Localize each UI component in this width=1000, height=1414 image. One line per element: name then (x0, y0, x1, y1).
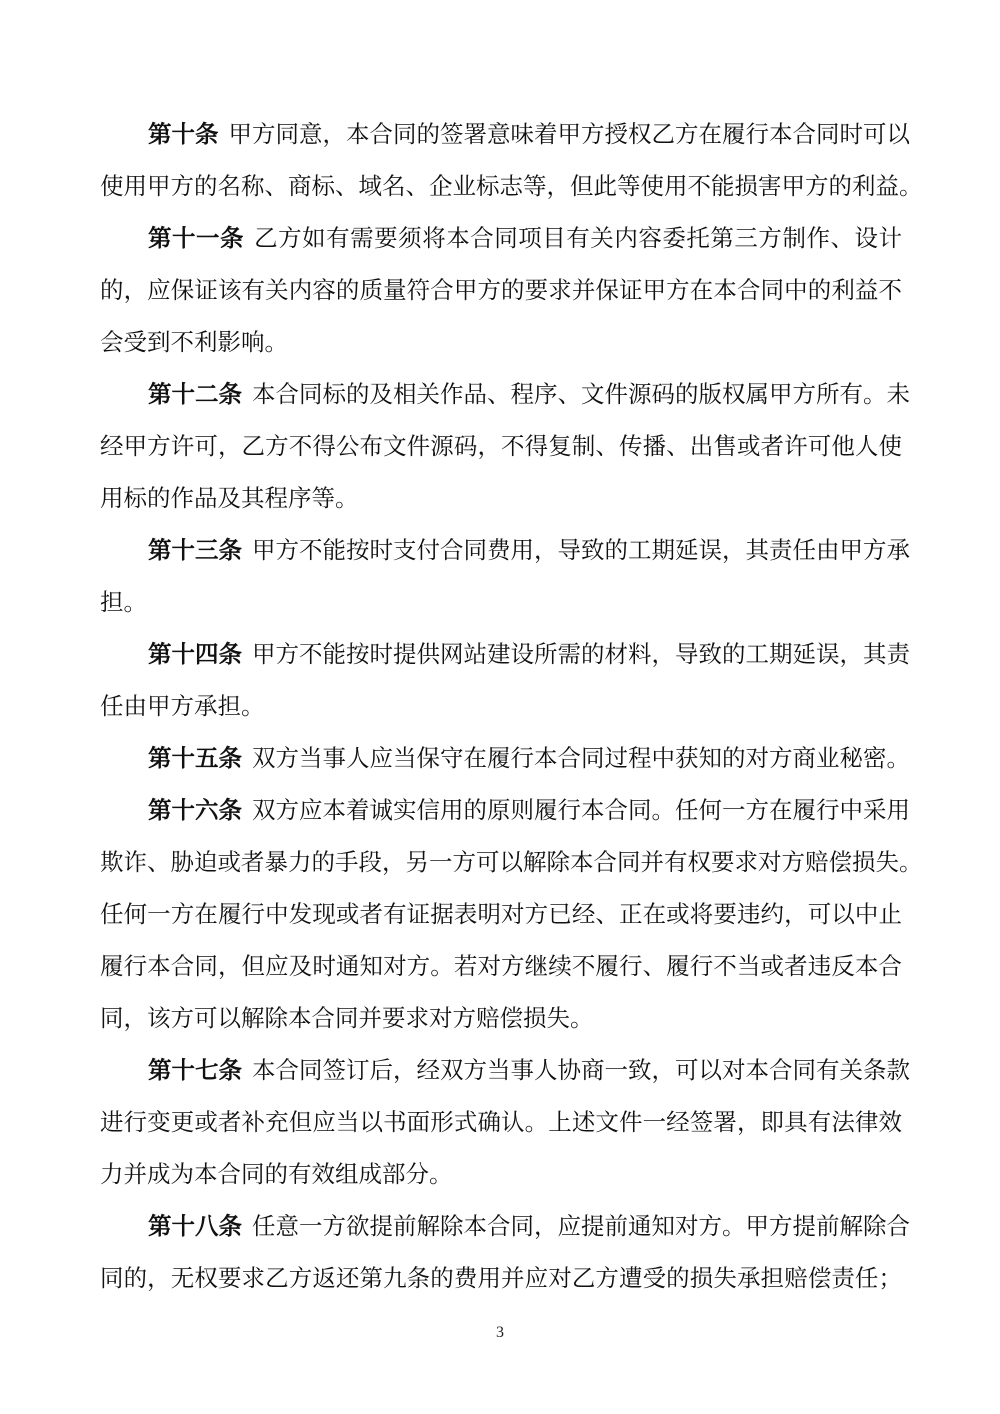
article-13: 第十三条甲方不能按时支付合同费用，导致的工期延误，其责任由甲方承 担。 (100, 528, 902, 632)
article-text: 用标的作品及其程序等。 (100, 484, 359, 512)
page-number: 3 (0, 1324, 1000, 1342)
article-line: 第十五条双方当事人应当保守在履行本合同过程中获知的对方商业秘密。 (100, 736, 902, 788)
article-heading: 第十八条 (148, 1212, 242, 1240)
article-text: 双方应本着诚实信用的原则履行本合同。任何一方在履行中采用 (252, 796, 910, 824)
article-heading: 第十六条 (148, 796, 242, 824)
article-line: 第十条甲方同意，本合同的签署意味着甲方授权乙方在履行本合同时可以 (100, 112, 902, 164)
article-text: 本合同签订后，经双方当事人协商一致，可以对本合同有关条款 (252, 1056, 910, 1084)
article-line: 会受到不利影响。 (100, 320, 902, 372)
document-body: 第十条甲方同意，本合同的签署意味着甲方授权乙方在履行本合同时可以 使用甲方的名称… (100, 112, 902, 1308)
article-line: 使用甲方的名称、商标、域名、企业标志等，但此等使用不能损害甲方的利益。 (100, 164, 902, 216)
article-heading: 第十条 (148, 120, 219, 148)
article-14: 第十四条甲方不能按时提供网站建设所需的材料，导致的工期延误，其责 任由甲方承担。 (100, 632, 902, 736)
article-text: 甲方同意，本合同的签署意味着甲方授权乙方在履行本合同时可以 (229, 120, 911, 148)
article-text: 会受到不利影响。 (100, 328, 288, 356)
document-page: 第十条甲方同意，本合同的签署意味着甲方授权乙方在履行本合同时可以 使用甲方的名称… (0, 0, 1000, 1414)
article-text: 甲方不能按时支付合同费用，导致的工期延误，其责任由甲方承 (252, 536, 910, 564)
article-text: 进行变更或者补充但应当以书面形式确认。上述文件一经签署，即具有法律效 (100, 1108, 902, 1136)
article-text: 任何一方在履行中发现或者有证据表明对方已经、正在或将要违约，可以中止 (100, 900, 902, 928)
article-text: 经甲方许可，乙方不得公布文件源码，不得复制、传播、出售或者许可他人使 (100, 432, 902, 460)
article-line: 第十一条乙方如有需要须将本合同项目有关内容委托第三方制作、设计 (100, 216, 902, 268)
article-15: 第十五条双方当事人应当保守在履行本合同过程中获知的对方商业秘密。 (100, 736, 902, 788)
article-text: 履行本合同，但应及时通知对方。若对方继续不履行、履行不当或者违反本合 (100, 952, 902, 980)
article-text: 的，应保证该有关内容的质量符合甲方的要求并保证甲方在本合同中的利益不 (100, 276, 902, 304)
article-line: 用标的作品及其程序等。 (100, 476, 902, 528)
article-heading: 第十一条 (148, 224, 244, 252)
article-text: 甲方不能按时提供网站建设所需的材料，导致的工期延误，其责 (252, 640, 910, 668)
article-line: 欺诈、胁迫或者暴力的手段，另一方可以解除本合同并有权要求对方赔偿损失。 (100, 840, 902, 892)
article-text: 同的，无权要求乙方返还第九条的费用并应对乙方遭受的损失承担赔偿责任； (100, 1264, 902, 1292)
article-text: 双方当事人应当保守在履行本合同过程中获知的对方商业秘密。 (252, 744, 910, 772)
article-line: 进行变更或者补充但应当以书面形式确认。上述文件一经签署，即具有法律效 (100, 1100, 902, 1152)
article-12: 第十二条本合同标的及相关作品、程序、文件源码的版权属甲方所有。未 经甲方许可，乙… (100, 372, 902, 528)
article-line: 担。 (100, 580, 902, 632)
article-line: 第十四条甲方不能按时提供网站建设所需的材料，导致的工期延误，其责 (100, 632, 902, 684)
article-text: 任意一方欲提前解除本合同，应提前通知对方。甲方提前解除合 (252, 1212, 910, 1240)
article-17: 第十七条本合同签订后，经双方当事人协商一致，可以对本合同有关条款 进行变更或者补… (100, 1048, 902, 1204)
article-heading: 第十三条 (148, 536, 242, 564)
article-text: 本合同标的及相关作品、程序、文件源码的版权属甲方所有。未 (252, 380, 910, 408)
article-line: 同，该方可以解除本合同并要求对方赔偿损失。 (100, 996, 902, 1048)
article-10: 第十条甲方同意，本合同的签署意味着甲方授权乙方在履行本合同时可以 使用甲方的名称… (100, 112, 902, 216)
article-line: 第十三条甲方不能按时支付合同费用，导致的工期延误，其责任由甲方承 (100, 528, 902, 580)
article-text: 同，该方可以解除本合同并要求对方赔偿损失。 (100, 1004, 594, 1032)
article-16: 第十六条双方应本着诚实信用的原则履行本合同。任何一方在履行中采用 欺诈、胁迫或者… (100, 788, 902, 1048)
article-heading: 第十五条 (148, 744, 242, 772)
article-line: 第十六条双方应本着诚实信用的原则履行本合同。任何一方在履行中采用 (100, 788, 902, 840)
article-line: 力并成为本合同的有效组成部分。 (100, 1152, 902, 1204)
article-line: 经甲方许可，乙方不得公布文件源码，不得复制、传播、出售或者许可他人使 (100, 424, 902, 476)
article-line: 第十二条本合同标的及相关作品、程序、文件源码的版权属甲方所有。未 (100, 372, 902, 424)
article-heading: 第十七条 (148, 1056, 242, 1084)
article-text: 力并成为本合同的有效组成部分。 (100, 1160, 453, 1188)
article-line: 的，应保证该有关内容的质量符合甲方的要求并保证甲方在本合同中的利益不 (100, 268, 902, 320)
article-line: 任何一方在履行中发现或者有证据表明对方已经、正在或将要违约，可以中止 (100, 892, 902, 944)
article-heading: 第十四条 (148, 640, 242, 668)
article-line: 同的，无权要求乙方返还第九条的费用并应对乙方遭受的损失承担赔偿责任； (100, 1256, 902, 1308)
article-line: 任由甲方承担。 (100, 684, 902, 736)
article-line: 履行本合同，但应及时通知对方。若对方继续不履行、履行不当或者违反本合 (100, 944, 902, 996)
article-text: 任由甲方承担。 (100, 692, 265, 720)
article-line: 第十八条任意一方欲提前解除本合同，应提前通知对方。甲方提前解除合 (100, 1204, 902, 1256)
article-text: 乙方如有需要须将本合同项目有关内容委托第三方制作、设计 (254, 224, 902, 252)
article-18: 第十八条任意一方欲提前解除本合同，应提前通知对方。甲方提前解除合 同的，无权要求… (100, 1204, 902, 1308)
article-11: 第十一条乙方如有需要须将本合同项目有关内容委托第三方制作、设计 的，应保证该有关… (100, 216, 902, 372)
article-text: 欺诈、胁迫或者暴力的手段，另一方可以解除本合同并有权要求对方赔偿损失。 (100, 848, 923, 876)
article-text: 使用甲方的名称、商标、域名、企业标志等，但此等使用不能损害甲方的利益。 (100, 172, 923, 200)
article-text: 担。 (100, 588, 147, 616)
article-line: 第十七条本合同签订后，经双方当事人协商一致，可以对本合同有关条款 (100, 1048, 902, 1100)
article-heading: 第十二条 (148, 380, 242, 408)
